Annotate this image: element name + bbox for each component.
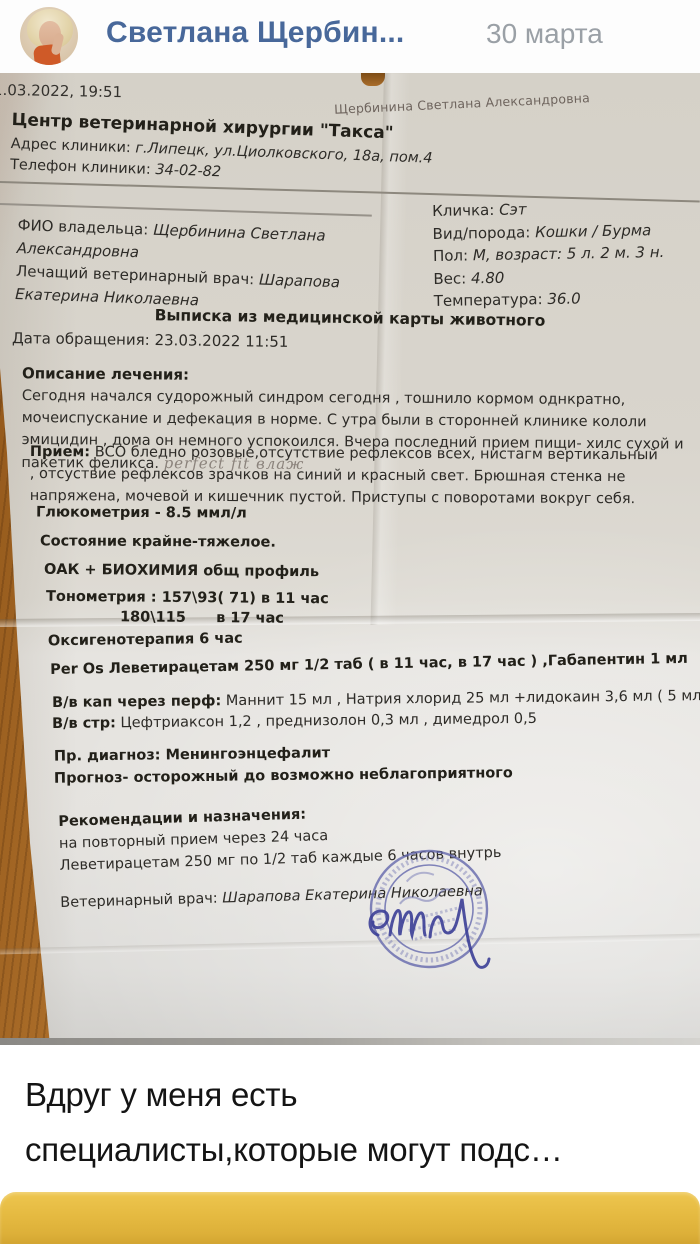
pet-block: Кличка: Сэт Вид/порода: Кошки / Бурма По…: [432, 196, 665, 313]
labs: ОАК + БИОХИМИЯ общ профиль: [44, 560, 319, 583]
diagnosis: Пр. диагноз: Менингоэнцефалит: [54, 743, 330, 767]
pet-temperature: Температура: 36.0: [434, 286, 666, 313]
treatment-label: Описание лечения:: [22, 363, 189, 385]
post-header: Светлана Щербин... 30 марта: [0, 0, 700, 73]
iv-bolus-line: В/в стр: Цефтриаксон 1,2 , преднизолон 0…: [52, 709, 537, 735]
pet-sex-age: Пол: М, возраст: 5 л. 2 м. 3 н.: [433, 241, 665, 268]
prognosis: Прогноз- осторожный до возможно неблагоп…: [54, 763, 513, 790]
message-card: Вдруг у меня есть специалисты,которые мо…: [0, 1045, 700, 1192]
handwritten-owner-name: Щербинина Светлана Александровна: [334, 87, 591, 120]
clinic-stamp: [344, 819, 514, 999]
message-line-1: Вдруг у меня есть: [25, 1067, 685, 1122]
horizontal-fold: [0, 613, 700, 627]
author-name[interactable]: Светлана Щербин...: [106, 16, 404, 50]
glucometry: Глюкометрия - 8.5 ммл/л: [36, 502, 247, 524]
oxygen-therapy: Оксигенотерапия 6 час: [48, 629, 243, 653]
photo-bottom-edge: [0, 1038, 700, 1045]
separator-line-short: [0, 203, 372, 216]
paper-fold-notch: [361, 73, 385, 86]
visit-date: Дата обращения: 23.03.2022 11:51: [12, 328, 289, 353]
message-text: Вдруг у меня есть специалисты,которые мо…: [25, 1067, 685, 1177]
condition: Состояние крайне-тяжелое.: [40, 531, 276, 553]
photo-datetime: 1.03.2022, 19:51: [0, 80, 122, 103]
document-photo[interactable]: 1.03.2022, 19:51 Щербинина Светлана Алек…: [0, 73, 700, 1045]
bottom-yellow-panel: [0, 1192, 700, 1244]
message-line-2: специалисты,которые могут подс…: [25, 1122, 685, 1177]
post-screen: Светлана Щербин... 30 марта 1.03.2022, 1…: [0, 0, 700, 1244]
signature: [370, 899, 489, 967]
avatar[interactable]: [20, 7, 78, 65]
tonometry-line1: Тонометрия : 157\93( 71) в 11 час: [46, 587, 329, 610]
reception-text: Прием: ВСО бледно розовые,отсутствие реф…: [30, 441, 662, 510]
post-date[interactable]: 30 марта: [486, 18, 603, 50]
tonometry-line2: 180\115 в 17 час: [120, 607, 284, 629]
per-os-line: Per Os Леветирацетам 250 мг 1/2 таб ( в …: [50, 649, 688, 681]
